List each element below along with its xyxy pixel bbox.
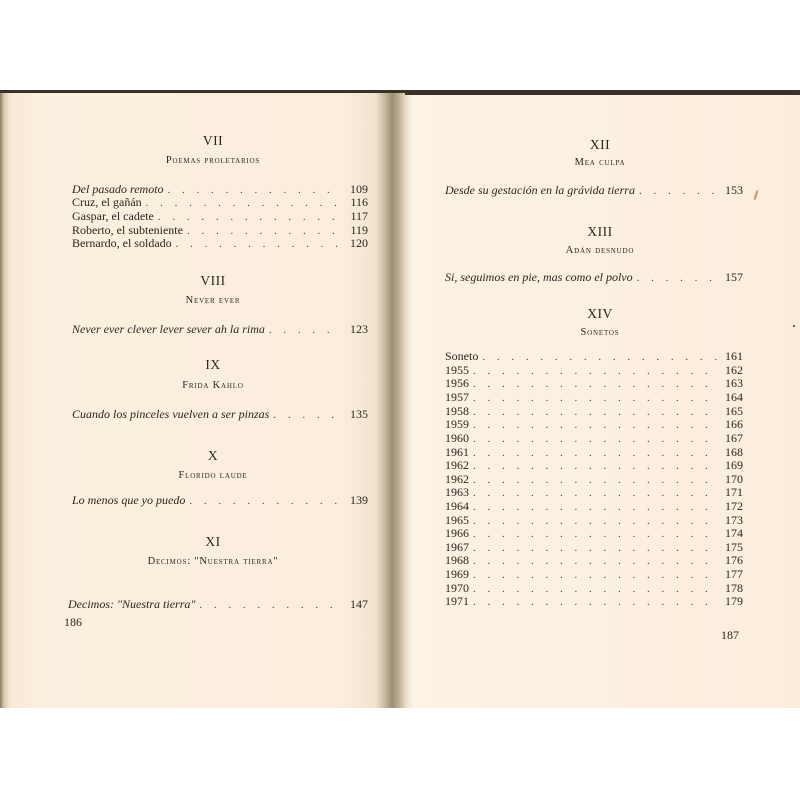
toc-entry[interactable]: Gaspar, el cadete 117 — [72, 209, 368, 223]
entry-page: 171 — [717, 485, 743, 499]
right-page-content: XII Mea culpa Desde su gestación en la g… — [405, 95, 800, 708]
entry-title: Decimos: "Nuestra tierra" — [68, 597, 199, 611]
leader-dots — [473, 554, 717, 568]
entry-title: Roberto, el subteniente — [72, 223, 187, 237]
section-number: VIII — [68, 273, 358, 289]
entry-title: 1961 — [445, 445, 473, 459]
entry-page: 120 — [342, 236, 368, 250]
entry-page: 109 — [342, 182, 368, 196]
entry-page: 147 — [342, 597, 368, 611]
entry-page: 173 — [717, 513, 743, 527]
toc-entry[interactable]: Bernardo, el soldado 120 — [72, 236, 368, 250]
entry-title: 1963 — [445, 485, 473, 499]
toc-entry[interactable]: 1971179 — [445, 594, 743, 608]
entry-title: 1962 — [445, 472, 473, 486]
toc-entry[interactable]: 1962170 — [445, 472, 743, 486]
entry-page: 167 — [717, 431, 743, 445]
page-number: 186 — [64, 615, 82, 630]
leader-dots — [473, 432, 717, 446]
leader-dots — [473, 595, 717, 609]
toc-entry[interactable]: 1959166 — [445, 417, 743, 431]
entry-page: 153 — [717, 183, 743, 197]
leader-dots — [473, 486, 717, 500]
entry-title: Desde su gestación en la grávida tierra — [445, 183, 639, 197]
right-page: XII Mea culpa Desde su gestación en la g… — [405, 95, 800, 708]
entry-title: 1964 — [445, 499, 473, 513]
toc-entry[interactable]: 1958165 — [445, 404, 743, 418]
toc-entry[interactable]: 1964172 — [445, 499, 743, 513]
section-number: XIV — [445, 306, 755, 322]
section-number: IX — [68, 357, 358, 373]
entry-page: 119 — [342, 223, 368, 237]
entry-title: Cruz, el gañán — [72, 195, 146, 209]
toc-entry[interactable]: Cruz, el gañán 116 — [72, 195, 368, 209]
paper-blemish — [754, 190, 759, 200]
entry-page: 176 — [717, 553, 743, 567]
entry-page: 170 — [717, 472, 743, 486]
section-title: Florido laude — [68, 470, 358, 481]
section-title: Sonetos — [445, 327, 755, 338]
toc-entry[interactable]: Si, seguimos en pie, mas como el polvo 1… — [445, 270, 743, 284]
leader-dots — [639, 184, 717, 198]
entry-page: 178 — [717, 581, 743, 595]
section-number: VII — [68, 133, 358, 149]
entry-page: 177 — [717, 567, 743, 581]
entry-title: Si, seguimos en pie, mas como el polvo — [445, 270, 637, 284]
section-title: Decimos: "Nuestra tierra" — [68, 556, 358, 567]
section-title: Poemas proletarios — [68, 155, 358, 166]
toc-entry[interactable]: Decimos: "Nuestra tierra" 147 — [68, 597, 368, 611]
entry-page: 166 — [717, 417, 743, 431]
toc-entry[interactable]: Lo menos que yo puedo 139 — [72, 493, 368, 507]
entry-title: Lo menos que yo puedo — [72, 493, 189, 507]
leader-dots — [158, 210, 342, 224]
entry-title: Bernardo, el soldado — [72, 236, 176, 250]
left-page-content: VII Poemas proletarios Del pasado remoto… — [0, 93, 405, 708]
entry-title: 1957 — [445, 390, 473, 404]
entry-page: 139 — [342, 493, 368, 507]
leader-dots — [482, 350, 717, 364]
section-title: Frida Kahlo — [68, 380, 358, 391]
entry-title: 1969 — [445, 567, 473, 581]
leader-dots — [473, 527, 717, 541]
toc-entry[interactable]: 1962169 — [445, 458, 743, 472]
entry-page: 172 — [717, 499, 743, 513]
toc-entry[interactable]: 1968176 — [445, 553, 743, 567]
leader-dots — [473, 568, 717, 582]
entry-page: 116 — [342, 195, 368, 209]
leader-dots — [473, 377, 717, 391]
paper-speck — [793, 325, 795, 327]
toc-entry[interactable]: 1969177 — [445, 567, 743, 581]
toc-entry[interactable]: 1956163 — [445, 376, 743, 390]
toc-entry[interactable]: Del pasado remoto 109 — [72, 182, 368, 196]
entry-title: 1965 — [445, 513, 473, 527]
entry-title: Never ever clever lever sever ah la rima — [72, 322, 269, 336]
entry-title: 1967 — [445, 540, 473, 554]
toc-entry[interactable]: 1960167 — [445, 431, 743, 445]
entry-page: 175 — [717, 540, 743, 554]
toc-entry[interactable]: 1963171 — [445, 485, 743, 499]
leader-dots — [637, 271, 717, 285]
entry-page: 168 — [717, 445, 743, 459]
entry-page: 123 — [342, 322, 368, 336]
leader-dots — [176, 237, 342, 251]
leader-dots — [473, 418, 717, 432]
toc-entry[interactable]: Never ever clever lever sever ah la rima… — [72, 322, 368, 336]
entry-page: 179 — [717, 594, 743, 608]
entry-title: Gaspar, el cadete — [72, 209, 158, 223]
toc-entry[interactable]: Roberto, el subteniente 119 — [72, 223, 368, 237]
toc-entry[interactable]: 1961168 — [445, 445, 743, 459]
entry-page: 164 — [717, 390, 743, 404]
toc-entry[interactable]: 1970178 — [445, 581, 743, 595]
entry-title: 1970 — [445, 581, 473, 595]
leader-dots — [189, 494, 342, 508]
section-number: XI — [68, 534, 358, 550]
entry-title: 1959 — [445, 417, 473, 431]
leader-dots — [199, 598, 342, 612]
section-number: X — [68, 448, 358, 464]
entry-title: 1956 — [445, 376, 473, 390]
entry-title: Cuando los pinceles vuelven a ser pinzas — [72, 407, 273, 421]
entry-title: 1960 — [445, 431, 473, 445]
toc-entry[interactable]: 1967175 — [445, 540, 743, 554]
section-title: Mea culpa — [445, 157, 755, 168]
leader-dots — [473, 459, 717, 473]
leader-dots — [146, 196, 342, 210]
entry-page: 162 — [717, 363, 743, 377]
toc-entry[interactable]: 1957164 — [445, 390, 743, 404]
entry-page: 163 — [717, 376, 743, 390]
section-title: Adán desnudo — [445, 245, 755, 256]
open-book: VII Poemas proletarios Del pasado remoto… — [0, 90, 800, 708]
entry-title: 1968 — [445, 553, 473, 567]
toc-entry[interactable]: Cuando los pinceles vuelven a ser pinzas… — [72, 407, 368, 421]
section-number: XIII — [445, 224, 755, 240]
entry-title: 1958 — [445, 404, 473, 418]
entry-title: 1966 — [445, 526, 473, 540]
entry-title: Soneto — [445, 349, 482, 363]
page-number: 187 — [721, 628, 739, 643]
entry-page: 117 — [342, 209, 368, 223]
entry-page: 161 — [717, 349, 743, 363]
left-page: VII Poemas proletarios Del pasado remoto… — [0, 93, 405, 708]
section-number: XII — [445, 137, 755, 153]
entry-title: 1962 — [445, 458, 473, 472]
leader-dots — [473, 391, 717, 405]
section-title: Never ever — [68, 295, 358, 306]
leader-dots — [273, 408, 342, 422]
entry-title: 1955 — [445, 363, 473, 377]
entry-title: Del pasado remoto — [72, 182, 168, 196]
entry-page: 174 — [717, 526, 743, 540]
toc-entry[interactable]: Soneto161 — [445, 349, 743, 363]
toc-entry[interactable]: 1955162 — [445, 363, 743, 377]
entry-page: 157 — [717, 270, 743, 284]
leader-dots — [473, 500, 717, 514]
toc-entry[interactable]: 1966174 — [445, 526, 743, 540]
toc-entry[interactable]: Desde su gestación en la grávida tierra … — [445, 183, 743, 197]
entry-title: 1971 — [445, 594, 473, 608]
leader-dots — [269, 323, 342, 337]
entry-page: 135 — [342, 407, 368, 421]
entry-page: 165 — [717, 404, 743, 418]
entry-page: 169 — [717, 458, 743, 472]
toc-entry[interactable]: 1965173 — [445, 513, 743, 527]
